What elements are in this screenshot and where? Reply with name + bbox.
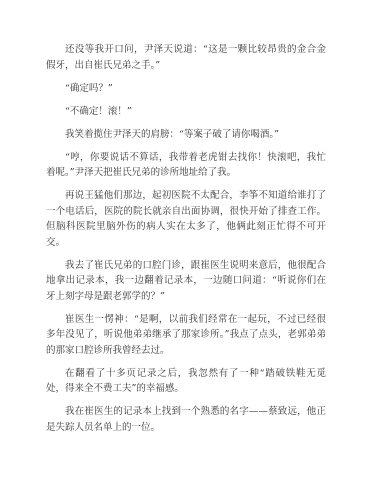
- reader-page: 还没等我开口问，尹泽天说道：“这是一颗比较昂贵的金合金假牙，出自崔氏兄弟之手。”…: [0, 0, 370, 480]
- paragraph: 还没等我开口问，尹泽天说道：“这是一颗比较昂贵的金合金假牙，出自崔氏兄弟之手。”: [46, 42, 326, 73]
- paragraph: “哼，你要说话不算话，我带着老虎钳去找你！快滚吧，我忙着呢。”尹泽天把崔氏兄弟的…: [46, 150, 326, 181]
- paragraph: 我在崔医生的记录本上找到一个熟悉的名字——蔡致远，他正是失踪人员名单上的一位。: [46, 404, 326, 435]
- paragraph: 再说王猛他们那边，起初医院不太配合，李筝不知道给谁打了一个电话后，医院的院长就亲…: [46, 188, 326, 250]
- paragraph: 崔医生一愣神：“是啊，以前我们经常在一起玩，不过已经很多年没见了，听说他弟弟继承…: [46, 312, 326, 359]
- paragraph: 我去了崔氏兄弟的口腔门诊，跟崔医生说明来意后，他很配合地拿出记录本，我一边翻着记…: [46, 258, 326, 305]
- text-block: 还没等我开口问，尹泽天说道：“这是一颗比较昂贵的金合金假牙，出自崔氏兄弟之手。”…: [46, 42, 326, 443]
- paragraph: “不确定！滚！”: [46, 104, 326, 120]
- paragraph: “确定吗？”: [46, 81, 326, 97]
- paragraph: 我笑着揽住尹泽天的肩膀：“等案子破了请你喝酒。”: [46, 127, 326, 143]
- paragraph: 在翻看了十多页记录之后，我忽然有了一种“踏破铁鞋无觅处，得来全不费工夫”的幸福感…: [46, 366, 326, 397]
